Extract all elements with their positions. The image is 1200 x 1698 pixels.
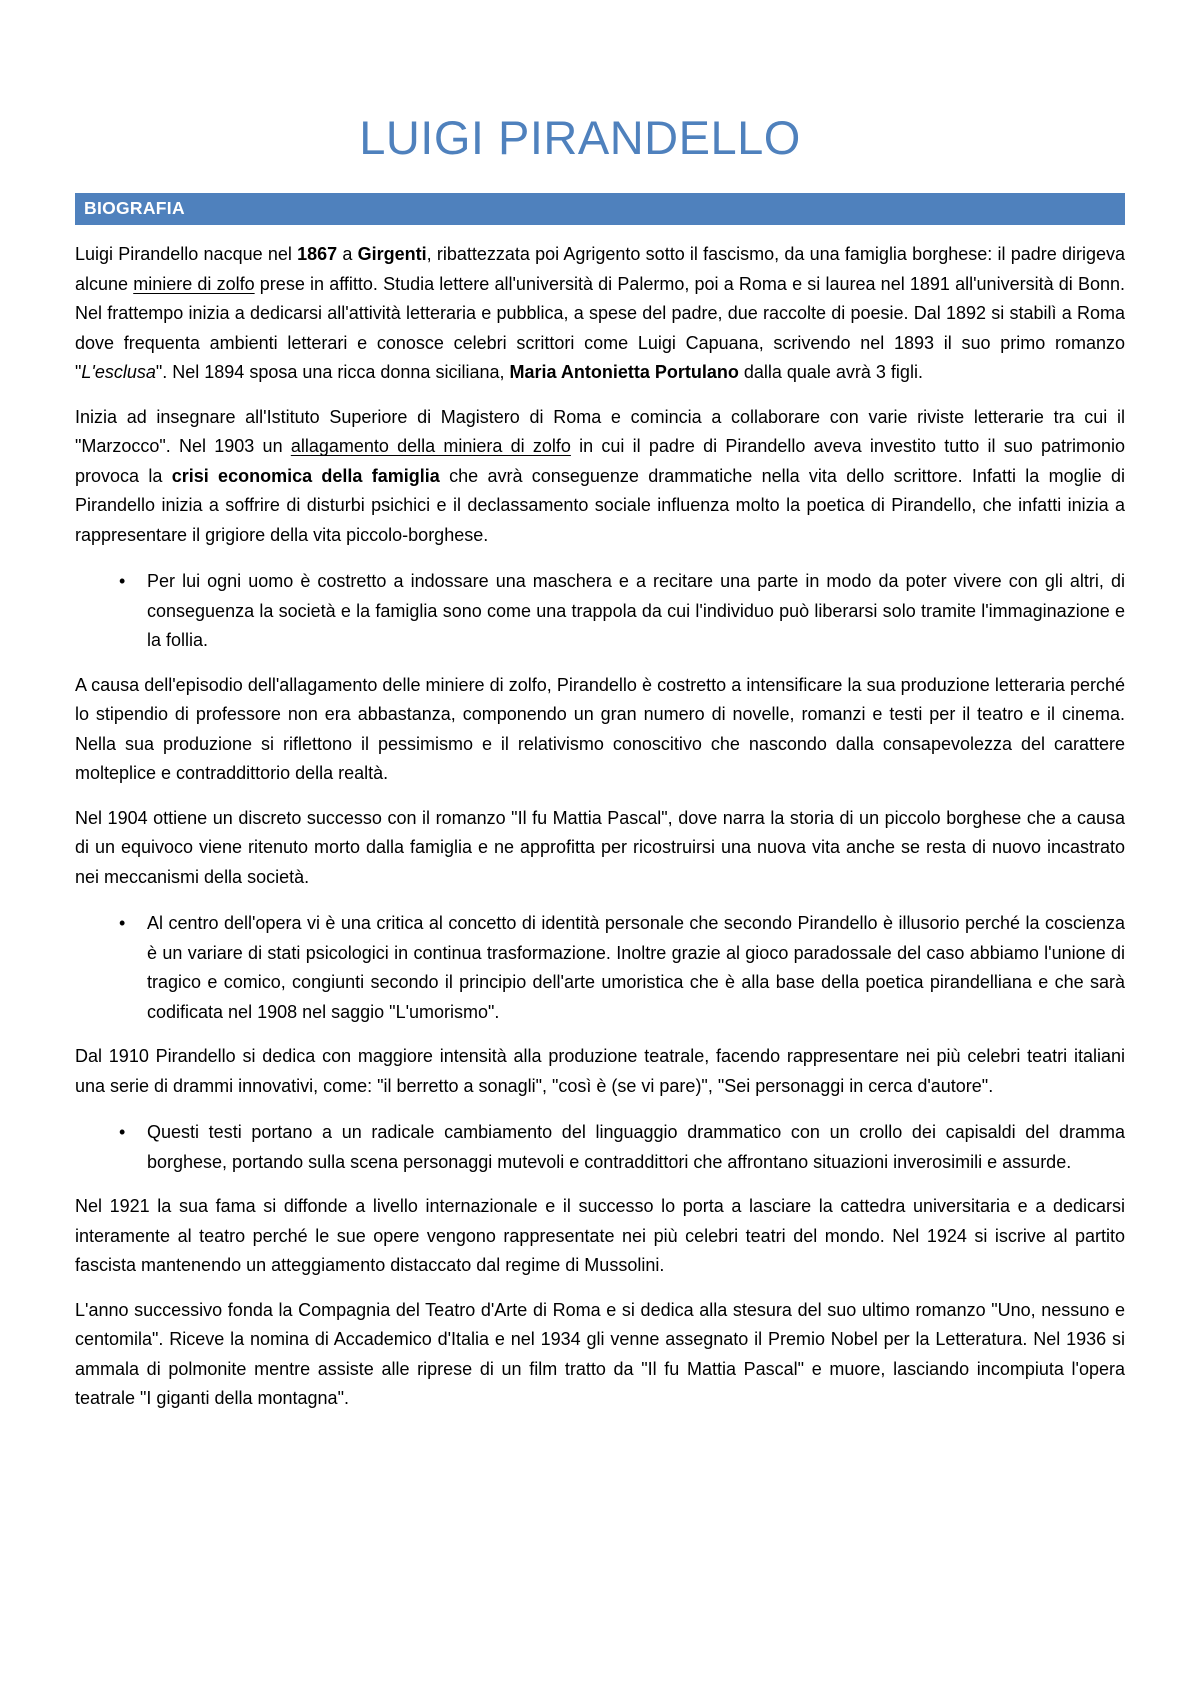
text-run-normal: Luigi Pirandello nacque nel (75, 244, 297, 264)
paragraph: Luigi Pirandello nacque nel 1867 a Girge… (75, 240, 1125, 388)
text-run-normal: L'anno successivo fonda la Compagnia del… (75, 1300, 1125, 1409)
bullet-item: •Al centro dell'opera vi è una critica a… (75, 909, 1125, 1027)
text-run-italic: L'esclusa (81, 362, 155, 382)
text-run-normal: Al centro dell'opera vi è una critica al… (147, 913, 1125, 1022)
content-column: BIOGRAFIA Luigi Pirandello nacque nel 18… (75, 193, 1125, 1414)
text-run-bold: crisi economica della famiglia (172, 466, 440, 486)
document-page: LUIGI PIRANDELLO BIOGRAFIA Luigi Pirande… (0, 0, 1200, 1698)
bullet-marker-icon: • (119, 1118, 125, 1148)
bullet-item: •Questi testi portano a un radicale camb… (75, 1118, 1125, 1177)
document-blocks: Luigi Pirandello nacque nel 1867 a Girge… (75, 240, 1125, 1414)
text-run-underline: allagamento della miniera di zolfo (291, 436, 571, 456)
paragraph: Dal 1910 Pirandello si dedica con maggio… (75, 1042, 1125, 1101)
text-run-normal: dalla quale avrà 3 figli. (739, 362, 923, 382)
text-run-normal: Nel 1921 la sua fama si diffonde a livel… (75, 1196, 1125, 1275)
text-run-bold: Girgenti (358, 244, 427, 264)
section-header-biografia: BIOGRAFIA (75, 193, 1125, 225)
text-run-normal: Per lui ogni uomo è costretto a indossar… (147, 571, 1125, 650)
page-title: LUIGI PIRANDELLO (0, 0, 1200, 166)
paragraph: L'anno successivo fonda la Compagnia del… (75, 1296, 1125, 1414)
paragraph: Inizia ad insegnare all'Istituto Superio… (75, 403, 1125, 551)
paragraph: Nel 1921 la sua fama si diffonde a livel… (75, 1192, 1125, 1281)
bullet-marker-icon: • (119, 909, 125, 939)
bullet-marker-icon: • (119, 567, 125, 597)
text-run-normal: Dal 1910 Pirandello si dedica con maggio… (75, 1046, 1125, 1096)
text-run-normal: Nel 1904 ottiene un discreto successo co… (75, 808, 1125, 887)
bullet-item: •Per lui ogni uomo è costretto a indossa… (75, 567, 1125, 656)
text-run-normal: ". Nel 1894 sposa una ricca donna sicili… (156, 362, 510, 382)
text-run-bold: Maria Antonietta Portulano (509, 362, 738, 382)
text-run-bold: 1867 (297, 244, 337, 264)
paragraph: Nel 1904 ottiene un discreto successo co… (75, 804, 1125, 893)
text-run-normal: A causa dell'episodio dell'allagamento d… (75, 675, 1125, 784)
text-run-normal: Questi testi portano a un radicale cambi… (147, 1122, 1125, 1172)
paragraph: A causa dell'episodio dell'allagamento d… (75, 671, 1125, 789)
text-run-underline: miniere di zolfo (133, 274, 254, 294)
text-run-normal: a (337, 244, 357, 264)
